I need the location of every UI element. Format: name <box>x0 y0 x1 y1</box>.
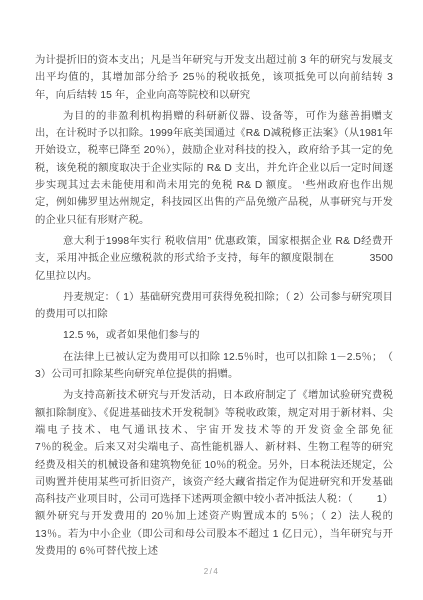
paragraph: 丹麦规定：（ 1）基础研究费用可获得免税扣除；（ 2）公司参与研究项目的费用可以… <box>35 289 393 324</box>
paragraph: 意大利于1998年实行 税收信用” 优惠政策，国家根据企业 R& D经费开支，采… <box>35 233 393 285</box>
page-content: 为计提折旧的资本支出；凡是当年研究与开发支出超过前 3 年的研究与发展支出平均值… <box>35 52 393 564</box>
document-page: 为计提折旧的资本支出；凡是当年研究与开发支出超过前 3 年的研究与发展支出平均值… <box>0 0 423 600</box>
paragraph: 为计提折旧的资本支出；凡是当年研究与开发支出超过前 3 年的研究与发展支出平均值… <box>35 52 393 104</box>
document-viewport: { "document": { "paragraphs": [ { "text"… <box>0 0 423 600</box>
paragraph: 为目的的非盈利机构捐赠的科研新仪器、设备等，可作为慈善捐赠支出，在计税时予以扣除… <box>35 108 393 229</box>
paragraph: 为支持高新技术研究与开发活动，日本政府制定了《增加试验研究费税额扣除制度》、《促… <box>35 387 393 560</box>
page-number: 2/4 <box>0 567 423 576</box>
paragraph: 在法律上已被认定为费用可以扣除 12.5％时，也可以扣除 1－2.5％； （ 3… <box>35 349 393 384</box>
paragraph: 12.5 %，或者如果他们参与的 <box>35 327 393 344</box>
